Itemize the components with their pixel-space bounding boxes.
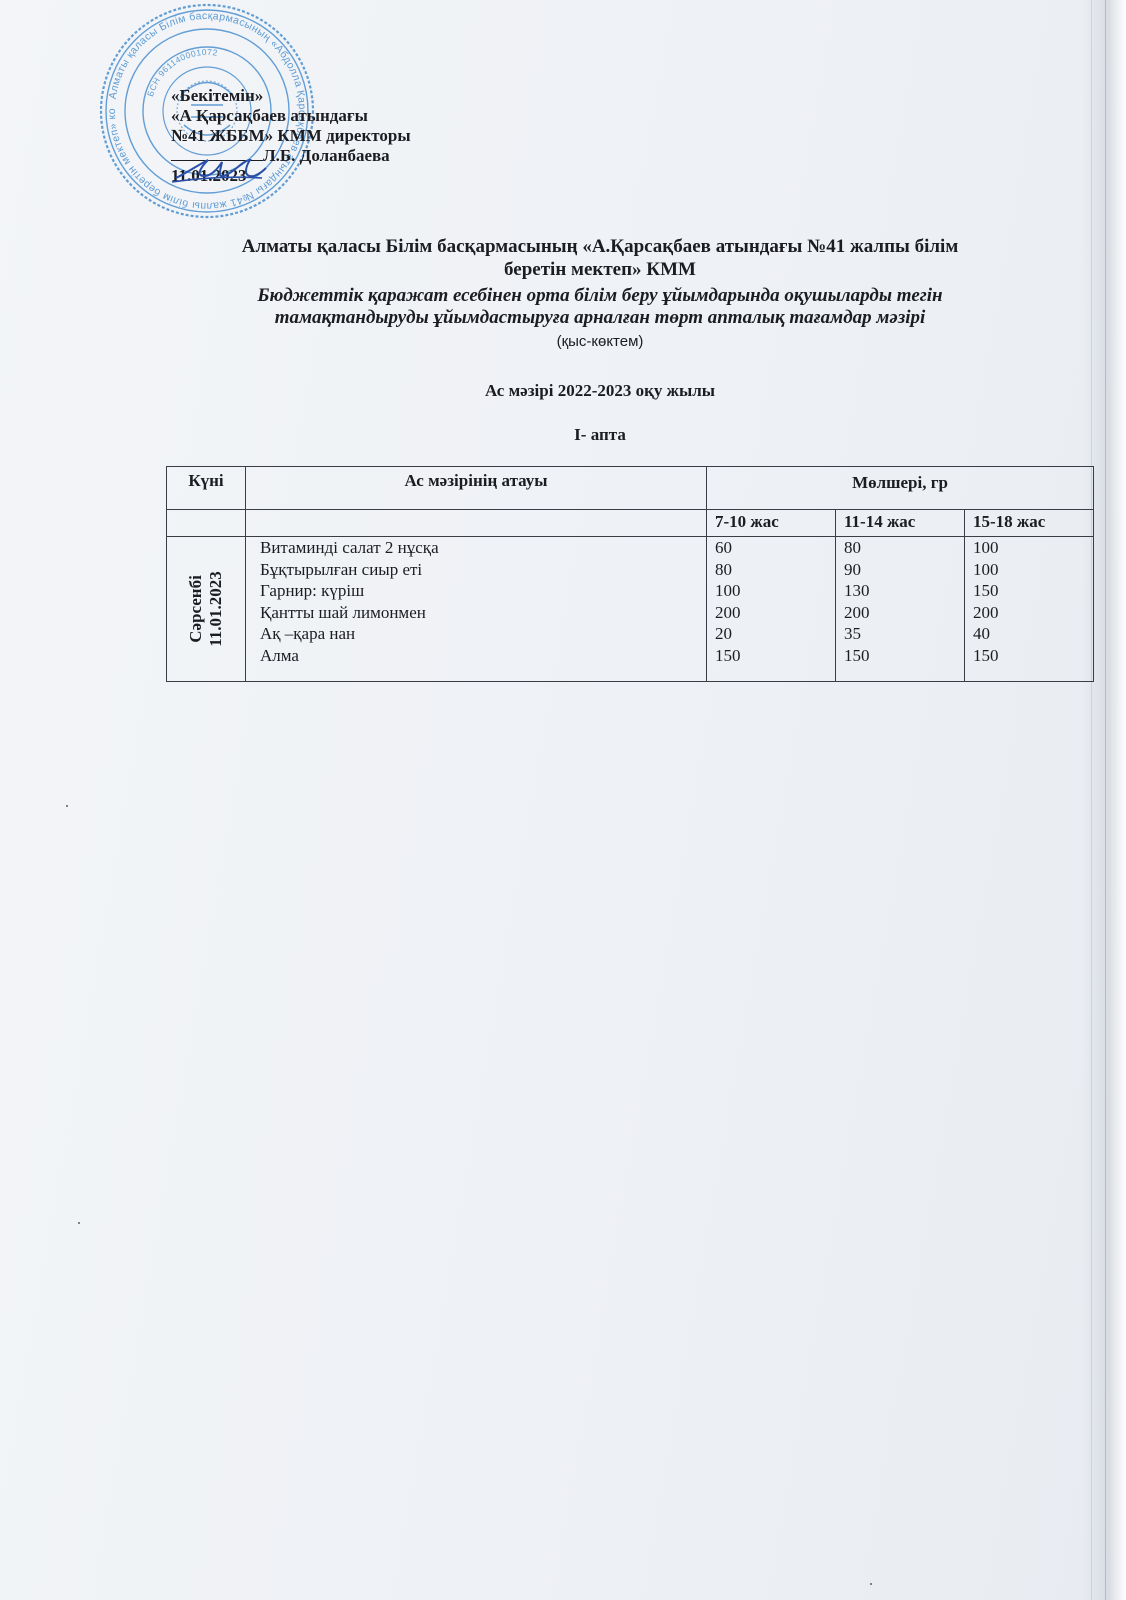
table-header-row: Күні Ас мәзірінің атауы Мөлшері, гр — [167, 467, 1094, 510]
page-edge-shadow — [1082, 0, 1126, 1600]
quantity-list-11-14: 80 90 130 200 35 150 — [836, 537, 965, 682]
day-cell: Сәрсенбі 11.01.2023 — [167, 537, 246, 682]
age-group-header-row: 7-10 жас 11-14 жас 15-18 жас — [167, 510, 1094, 537]
quantity-value: 80 — [715, 559, 835, 581]
table-row: Сәрсенбі 11.01.2023 Витаминді салат 2 нұ… — [167, 537, 1094, 682]
scan-speck — [66, 805, 68, 807]
dish-name: Ақ –қара нан — [260, 623, 706, 645]
dish-name: Бұқтырылған сиыр еті — [260, 559, 706, 581]
week-title: І- апта — [160, 425, 1040, 445]
column-header-dish: Ас мәзірінің атауы — [246, 467, 707, 510]
weekday: Сәрсенбі — [186, 571, 206, 647]
season-label: (қыс-көктем) — [160, 333, 1040, 350]
menu-subtitle: Бюджеттік қаражат есебінен орта білім бе… — [160, 285, 1040, 329]
date: 11.01.2023 — [206, 571, 226, 647]
quantity-value: 150 — [715, 645, 835, 667]
organization-title-line: беретін мектеп» КММ — [160, 258, 1040, 281]
menu-subtitle-line: Бюджеттік қаражат есебінен орта білім бе… — [160, 285, 1040, 307]
dish-name: Алма — [260, 645, 706, 667]
scan-speck — [78, 1222, 80, 1224]
quantity-list-15-18: 100 100 150 200 40 150 — [965, 537, 1094, 682]
quantity-value: 90 — [844, 559, 964, 581]
quantity-list-7-10: 60 80 100 200 20 150 — [707, 537, 836, 682]
scan-speck — [870, 1583, 872, 1585]
quantity-value: 200 — [844, 602, 964, 624]
menu-table: Күні Ас мәзірінің атауы Мөлшері, гр 7-10… — [166, 466, 1094, 682]
menu-subtitle-line: тамақтандыруды ұйымдастыруға арналған тө… — [160, 307, 1040, 329]
dish-name: Витаминді салат 2 нұсқа — [260, 537, 706, 559]
dish-name: Қантты шай лимонмен — [260, 602, 706, 624]
approval-school: «А Қарсақбаев атындағы — [171, 106, 411, 126]
age-group-header: 11-14 жас — [836, 510, 965, 537]
approval-signatory: Л.Б. Доланбаева — [263, 146, 390, 165]
organization-title: Алматы қаласы Білім басқармасының «А.Қар… — [160, 235, 1040, 281]
quantity-value: 200 — [715, 602, 835, 624]
quantity-value: 100 — [973, 537, 1093, 559]
approval-position: №41 ЖББМ» КММ директоры — [171, 126, 411, 146]
age-group-header: 7-10 жас — [707, 510, 836, 537]
page-edge-line — [1091, 0, 1092, 1600]
age-group-header: 15-18 жас — [965, 510, 1094, 537]
day-label: Сәрсенбі 11.01.2023 — [186, 571, 226, 647]
column-header-day: Күні — [167, 467, 246, 510]
approval-heading: «Бекітемін» — [171, 86, 411, 106]
column-header-quantity: Мөлшері, гр — [707, 467, 1094, 510]
academic-year-title: Ас мәзірі 2022-2023 оқу жылы — [160, 381, 1040, 401]
quantity-value: 100 — [715, 580, 835, 602]
quantity-value: 35 — [844, 623, 964, 645]
quantity-value: 150 — [844, 645, 964, 667]
quantity-value: 80 — [844, 537, 964, 559]
signature-icon — [170, 154, 270, 188]
empty-cell — [167, 510, 246, 537]
dish-name: Гарнир: күріш — [260, 580, 706, 602]
empty-cell — [246, 510, 707, 537]
organization-title-line: Алматы қаласы Білім басқармасының «А.Қар… — [160, 235, 1040, 258]
quantity-value: 150 — [973, 645, 1093, 667]
quantity-value: 200 — [973, 602, 1093, 624]
quantity-value: 130 — [844, 580, 964, 602]
quantity-value: 60 — [715, 537, 835, 559]
page-edge-line — [1105, 0, 1106, 1600]
quantity-value: 20 — [715, 623, 835, 645]
quantity-value: 100 — [973, 559, 1093, 581]
quantity-value: 40 — [973, 623, 1093, 645]
quantity-value: 150 — [973, 580, 1093, 602]
dish-list: Витаминді салат 2 нұсқа Бұқтырылған сиыр… — [246, 537, 707, 682]
